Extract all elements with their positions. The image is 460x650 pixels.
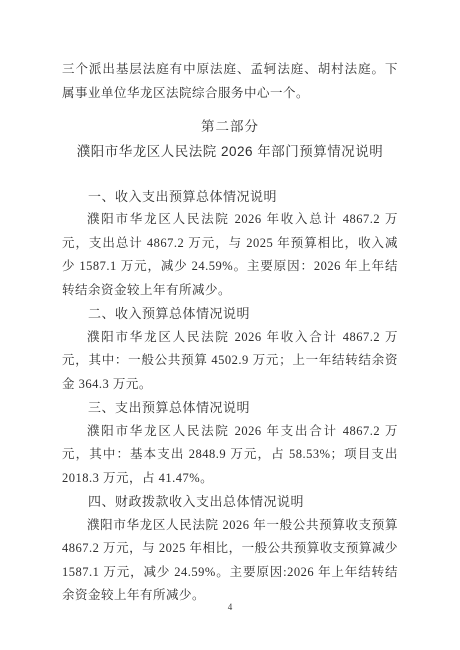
section-2-heading: 二、收入预算总体情况说明 — [62, 302, 398, 326]
intro-continuation-paragraph: 三个派出基层法庭有中原法庭、孟轲法庭、胡村法庭。下属事业单位华龙区法院综合服务中… — [62, 58, 398, 105]
section-3-heading: 三、支出预算总体情况说明 — [62, 396, 398, 420]
section-3-body: 濮阳市华龙区人民法院 2026 年支出合计 4867.2 万元，其中：基本支出 … — [62, 420, 398, 491]
part-label: 第二部分 — [62, 115, 398, 139]
document-page: 三个派出基层法庭有中原法庭、孟轲法庭、胡村法庭。下属事业单位华龙区法院综合服务中… — [0, 0, 460, 650]
section-1-heading: 一、收入支出预算总体情况说明 — [62, 185, 398, 209]
section-4-heading: 四、财政拨款收入支出总体情况说明 — [62, 490, 398, 514]
section-2-body: 濮阳市华龙区人民法院 2026 年收入合计 4867.2 万元，其中：一般公共预… — [62, 326, 398, 397]
part-title: 濮阳市华龙区人民法院 2026 年部门预算情况说明 — [62, 139, 398, 164]
section-1-body: 濮阳市华龙区人民法院 2026 年收入总计 4867.2 万元，支出总计 486… — [62, 208, 398, 302]
section-4-body: 濮阳市华龙区人民法院 2026 年一般公共预算收支预算 4867.2 万元，与 … — [62, 514, 398, 608]
page-content: 三个派出基层法庭有中原法庭、孟轲法庭、胡村法庭。下属事业单位华龙区法院综合服务中… — [62, 58, 398, 608]
page-number: 4 — [0, 602, 460, 612]
